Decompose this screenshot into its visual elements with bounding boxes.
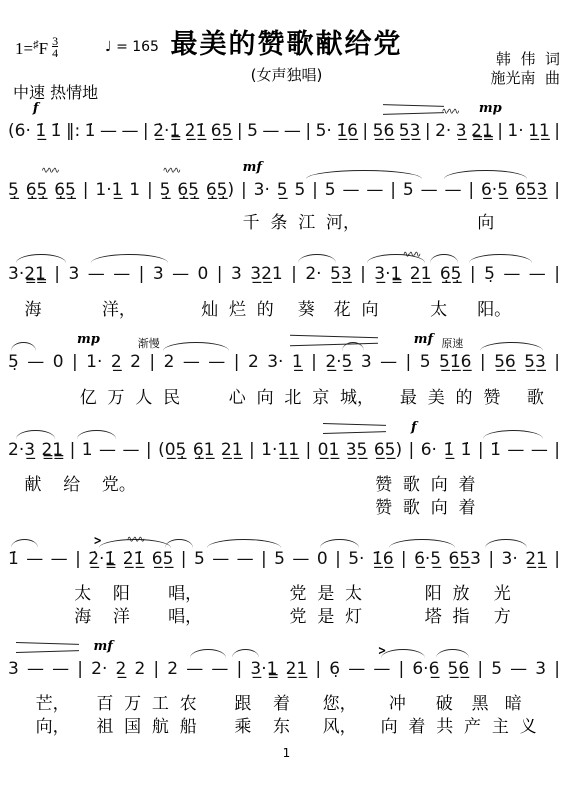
lyric-segment: 着 [273, 689, 290, 714]
dynamic-mark: mf [414, 332, 433, 347]
lyric-segment: 阳。 [477, 295, 511, 320]
marks-layer: ∿∿∿ [8, 244, 560, 264]
lyric-segment: 洋 [113, 602, 130, 627]
lyrics-row: 献给党。赞 歌 向 着 [8, 470, 560, 492]
slur-arc [190, 649, 226, 658]
decrescendo-wedge [16, 643, 79, 652]
lyric-segment: 乘 [234, 712, 251, 737]
tempo-annotation: 渐慢 [138, 335, 160, 351]
page-number: 1 [0, 746, 573, 760]
slur-arc [389, 539, 455, 548]
lyrics-row: 千 条 江 河，向 [8, 208, 560, 230]
slur-arc [469, 254, 532, 263]
dynamic-mark: mf [243, 160, 262, 175]
marks-layer: f [8, 420, 560, 440]
lyric-segment: 唱， [168, 579, 202, 604]
music-system-3: ∿∿∿3·2̳1̳ | 3 — — | 3 — 0 | 3 3̲2̲1 | 2·… [0, 0, 573, 789]
lyric-segment: 献 [25, 470, 42, 495]
accent-mark: > [94, 535, 102, 548]
notes-row: 2·3̲ 2̳1̳ | 1 — — | (0̲5̲̣ 6̲̣1̲ 2̲1̲ | … [8, 440, 560, 460]
music-system-7: mf>3 — — | 2· 2̲ 2 | 2 — — | 3̲·1̳ 2̲1̲ … [0, 0, 573, 789]
notes-row: 3·2̳1̳ | 3 — — | 3 — 0 | 3 3̲2̲1 | 2· 5̲… [8, 264, 560, 284]
lyric-segment: 阳 [113, 579, 130, 604]
lyric-segment: 海 [25, 295, 42, 320]
notes-row: 3 — — | 2· 2̲ 2 | 2 — — | 3̲·1̳ 2̲1̲ | 6… [8, 659, 560, 679]
lyric-segment: 破 [436, 689, 453, 714]
song-title: 最美的赞歌献给党 [0, 22, 573, 61]
lyric-segment: 祖 国 航 船 [96, 712, 196, 737]
lyric-segment: 阳 放 [425, 579, 470, 604]
lyric-segment: 暗 [505, 689, 522, 714]
mordent-mark: ∿∿∿ [441, 107, 458, 117]
notes-row: 5̣ — 0 | 1· 2̲ 2 | 2 — — | 2 3· 1̲ | 2̲·… [8, 352, 560, 372]
notes-row: 1̇ — — | 2̲̇·1̳̇ 2̲̇1̲̇ 6̲5̲ | 5 — — | 5… [8, 549, 560, 569]
slur-arc [207, 539, 282, 548]
lyric-segment: 向 着 共 产 主 义 [381, 712, 537, 737]
lyric-segment: 塔 指 [425, 602, 470, 627]
slur-arc [99, 539, 171, 548]
dynamic-mark: f [33, 101, 39, 116]
lyricist-credit: 韩 伟 词 [496, 50, 560, 68]
tempo-annotation: 原速 [441, 335, 463, 351]
lyrics-row: 向，祖 国 航 船乘东风，向 着 共 产 主 义 [8, 712, 560, 734]
slur-arc [444, 170, 527, 179]
music-system-5: f2·3̲ 2̳1̳ | 1 — — | (0̲5̲̣ 6̲̣1̲ 2̲1̲ |… [0, 0, 573, 789]
slur-arc [367, 254, 425, 263]
notes-row: (6· 1̲̇ 1̇ ‖: 1̇ — — | 2̲̇·1̳̇ 2̲̇1̲̇ 6̲… [8, 121, 560, 141]
expression-marking: 中速 热情地 [13, 80, 98, 103]
lyric-segment: 向 [477, 208, 494, 233]
lyrics-row: 亿 万 人 民心 向 北 京 城，最 美 的 赞歌 [8, 383, 560, 405]
lyric-segment: 黑 [472, 689, 489, 714]
lyrics-row: 海洋，灿 烂 的葵花 向太阳。 [8, 295, 560, 317]
slur-arc [11, 342, 36, 351]
slur-arc [16, 430, 55, 439]
lyric-segment: 东 [273, 712, 290, 737]
lyric-segment: 赞 歌 向 着 [375, 470, 475, 495]
dynamic-mark: f [411, 420, 417, 435]
slur-arc [430, 254, 458, 263]
slur-arc [165, 539, 193, 548]
lyric-segment: 风， [323, 712, 357, 737]
lyric-segment: 葵 [298, 295, 315, 320]
lyric-segment: 唱， [168, 602, 202, 627]
slur-arc [436, 649, 469, 658]
lyric-segment: 冲 [389, 689, 406, 714]
music-system-6: >∿∿∿1̇ — — | 2̲̇·1̳̇ 2̲̇1̲̇ 6̲5̲ | 5 — —… [0, 0, 573, 789]
decrescendo-wedge [383, 105, 444, 114]
decrescendo-wedge [323, 424, 386, 433]
lyric-segment: 百 万 工 农 [96, 689, 196, 714]
slur-arc [16, 254, 66, 263]
dynamic-mark: mp [479, 101, 502, 116]
lyrics-row: 太阳唱，党 是 太阳 放光 [8, 579, 560, 601]
lyric-segment: 洋， [102, 295, 136, 320]
lyric-segment: 心 向 北 京 城， [229, 383, 374, 408]
slur-arc [381, 649, 425, 658]
dynamic-mark: mp [77, 332, 100, 347]
lyric-segment: 亿 万 人 民 [80, 383, 180, 408]
marks-layer: ∿∿∿∿∿∿mf [8, 160, 560, 180]
music-system-1: f∿∿∿mp(6· 1̲̇ 1̇ ‖: 1̇ — — | 2̲̇·1̳̇ 2̲̇… [0, 0, 573, 789]
lyric-segment: 太 [74, 579, 91, 604]
dynamic-mark: mf [94, 639, 113, 654]
lyric-segment: 歌 [527, 383, 544, 408]
slur-arc [91, 254, 168, 263]
lyric-segment: 千 条 江 河， [243, 208, 360, 233]
mordent-mark: ∿∿∿ [41, 166, 58, 176]
mordent-mark: ∿∿∿ [163, 166, 180, 176]
slur-arc [485, 539, 526, 548]
lyric-segment: 跟 [234, 689, 251, 714]
lyric-segment: 向， [36, 712, 70, 737]
lyric-segment: 赞 歌 向 着 [375, 493, 475, 518]
slur-arc [163, 342, 229, 351]
slur-arc [232, 649, 260, 658]
lyric-segment: 海 [74, 602, 91, 627]
slur-arc [342, 342, 364, 351]
lyric-segment: 给 [63, 470, 80, 495]
lyric-segment: 太 [430, 295, 447, 320]
lyric-segment: 您， [323, 689, 357, 714]
slur-arc [77, 430, 116, 439]
slur-arc [306, 170, 422, 179]
lyrics-row: 芒，百 万 工 农跟着您，冲破黑暗 [8, 689, 560, 711]
lyric-segment: 灿 烂 的 [201, 295, 274, 320]
marks-layer: mp渐慢mf原速 [8, 332, 560, 352]
composer-credit: 施光南 曲 [490, 69, 560, 87]
lyric-segment: 芒， [36, 689, 70, 714]
lyric-segment: 方 [494, 602, 511, 627]
lyrics-row: 赞 歌 向 着 [8, 493, 560, 515]
slur-arc [320, 539, 359, 548]
notes-row: 5̲̣ 6̲̣5̲̣ 6̲̣5̲̣ | 1·1̲ 1 | 5̲̣ 6̲̣5̲̣ … [8, 180, 560, 200]
mordent-mark: ∿∿∿ [127, 535, 144, 545]
lyric-segment: 党。 [102, 470, 136, 495]
decrescendo-wedge [290, 336, 378, 345]
marks-layer: mf> [8, 639, 560, 659]
slur-arc [298, 254, 337, 263]
music-system-4: mp渐慢mf原速5̣ — 0 | 1· 2̲ 2 | 2 — — | 2 3· … [0, 0, 573, 789]
slur-arc [480, 342, 543, 351]
slur-arc [11, 539, 39, 548]
lyric-segment: 党 是 太 [290, 579, 363, 604]
credits: 韩 伟 词施光南 曲 [490, 50, 560, 88]
marks-layer: f∿∿∿mp [8, 101, 560, 121]
lyric-segment: 花 向 [334, 295, 379, 320]
mordent-mark: ∿∿∿ [403, 250, 420, 260]
slur-arc [483, 430, 544, 439]
music-system-2: ∿∿∿∿∿∿mf5̲̣ 6̲̣5̲̣ 6̲̣5̲̣ | 1·1̲ 1 | 5̲̣… [0, 0, 573, 789]
lyric-segment: 光 [494, 579, 511, 604]
accent-mark: > [378, 645, 386, 658]
marks-layer: >∿∿∿ [8, 529, 560, 549]
lyric-segment: 最 美 的 赞 [400, 383, 500, 408]
sheet-music-page: 1=♯F34 ♩ = 165 最美的赞歌献给党 (女声独唱) 韩 伟 词施光南 … [0, 0, 573, 789]
lyrics-row: 海洋唱，党 是 灯塔 指方 [8, 602, 560, 624]
lyric-segment: 党 是 灯 [290, 602, 363, 627]
